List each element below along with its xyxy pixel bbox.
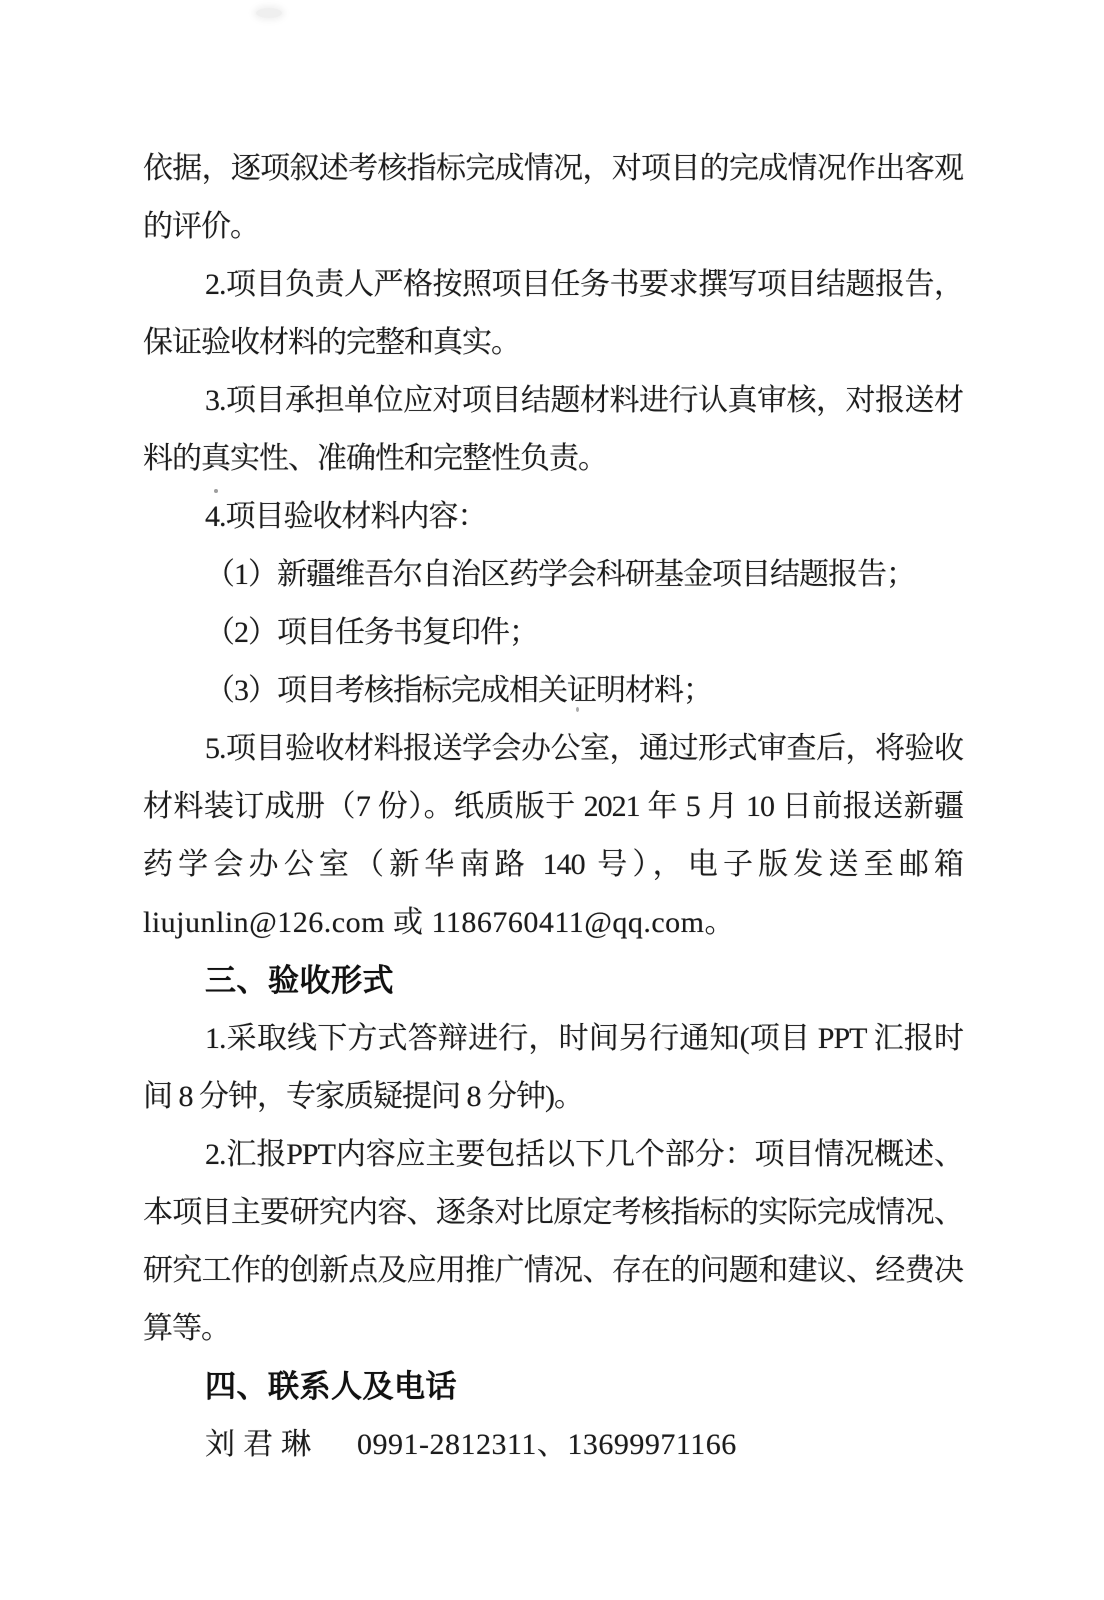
scan-artifact xyxy=(256,8,282,18)
contact-name: 刘君琳 xyxy=(205,1428,319,1461)
body-line: 5.项目验收材料报送学会办公室，通过形式审查后，将验收 xyxy=(143,720,963,778)
body-line: 算等。 xyxy=(143,1300,963,1358)
body-line: 依据，逐项叙述考核指标完成情况，对项目的完成情况作出客观 xyxy=(143,140,963,198)
body-line: 研究工作的创新点及应用推广情况、存在的问题和建议、经费决 xyxy=(143,1242,963,1300)
body-line: 本项目主要研究内容、逐条对比原定考核指标的实际完成情况、 xyxy=(143,1184,963,1242)
document-text-block: 依据，逐项叙述考核指标完成情况，对项目的完成情况作出客观 的评价。 2.项目负责… xyxy=(143,140,963,1474)
contact-phones: 0991-2812311、13699971166 xyxy=(357,1428,737,1461)
body-line: 料的真实性、准确性和完整性负责。 xyxy=(143,430,963,488)
email-line: liujunlin@126.com 或 1186760411@qq.com。 xyxy=(143,894,963,952)
body-line: 4.项目验收材料内容： xyxy=(143,488,963,546)
section-heading: 三、验收形式 xyxy=(143,952,963,1010)
document-page: 依据，逐项叙述考核指标完成情况，对项目的完成情况作出客观 的评价。 2.项目负责… xyxy=(0,0,1104,1600)
contact-line: 刘君琳0991-2812311、13699971166 xyxy=(143,1416,963,1474)
section-heading: 四、联系人及电话 xyxy=(143,1358,963,1416)
list-item: （2）项目任务书复印件； xyxy=(143,604,963,662)
body-line: 3.项目承担单位应对项目结题材料进行认真审核，对报送材 xyxy=(143,372,963,430)
body-line: 间 8 分钟，专家质疑提问 8 分钟)。 xyxy=(143,1068,963,1126)
body-line: 2.汇报PPT内容应主要包括以下几个部分：项目情况概述、 xyxy=(143,1126,963,1184)
body-line: 的评价。 xyxy=(143,198,963,256)
body-line: 材料装订成册（7 份）。纸质版于 2021 年 5 月 10 日前报送新疆 xyxy=(143,778,963,836)
list-item: （3）项目考核指标完成相关证明材料； xyxy=(143,662,963,720)
body-line: 保证验收材料的完整和真实。 xyxy=(143,314,963,372)
body-line: 2.项目负责人严格按照项目任务书要求撰写项目结题报告， xyxy=(143,256,963,314)
body-line: 1.采取线下方式答辩进行，时间另行通知(项目 PPT 汇报时 xyxy=(143,1010,963,1068)
body-line: 药学会办公室（新华南路 140 号），电子版发送至邮箱 xyxy=(143,836,963,894)
list-item: （1）新疆维吾尔自治区药学会科研基金项目结题报告； xyxy=(143,546,963,604)
